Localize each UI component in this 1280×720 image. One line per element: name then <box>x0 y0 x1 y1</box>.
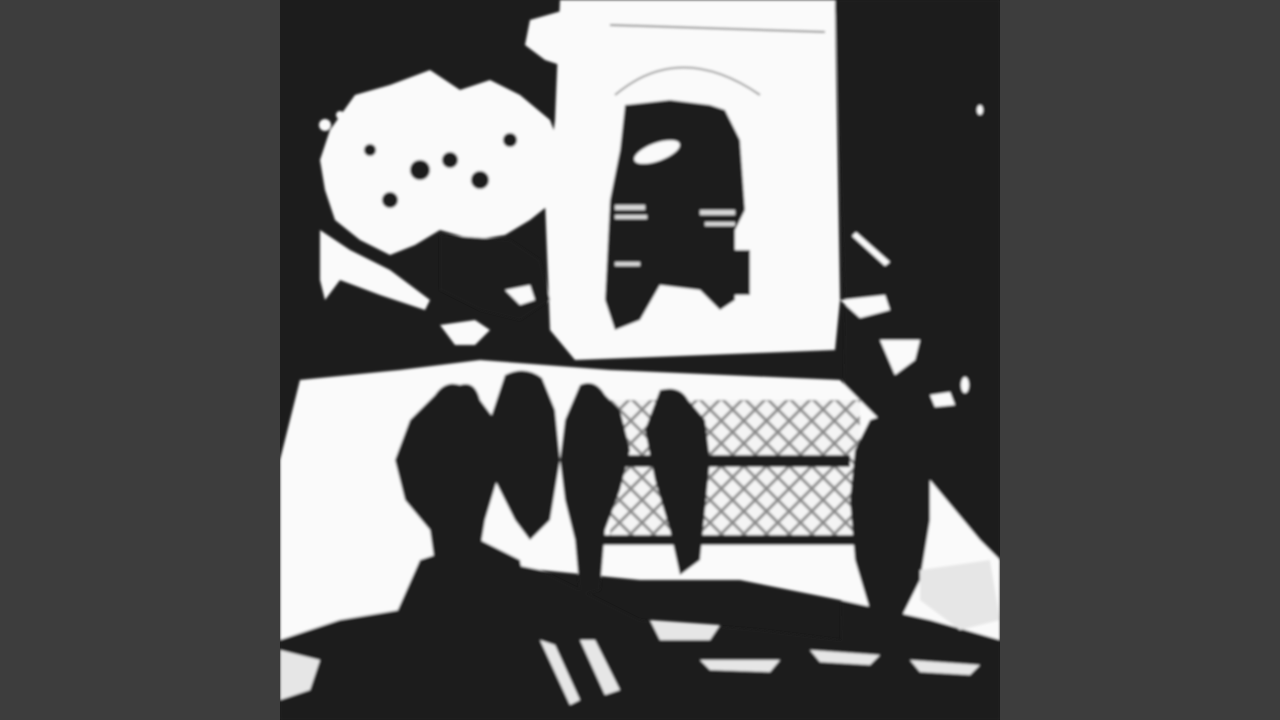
pillarbox-right <box>1000 0 1280 720</box>
pillarbox-left <box>0 0 280 720</box>
fence-rail <box>610 455 850 467</box>
lattice-fence <box>610 400 860 540</box>
artwork-illustration <box>280 0 1000 720</box>
stone-archway <box>545 0 840 360</box>
album-artwork <box>280 0 1000 720</box>
video-frame <box>0 0 1280 720</box>
fence-base <box>600 535 860 545</box>
